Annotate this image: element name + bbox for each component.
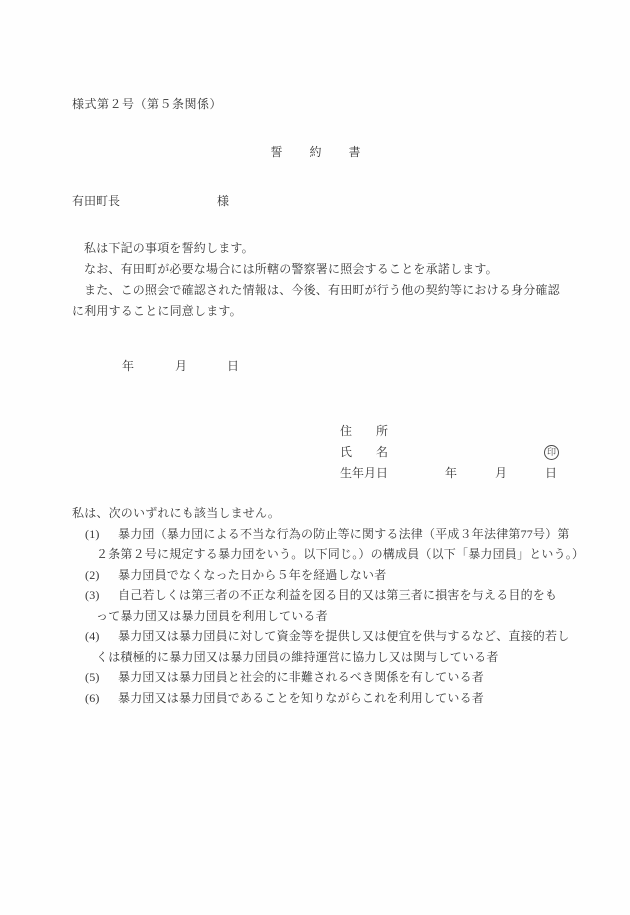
address-label: 住 所 — [340, 424, 388, 438]
form-number-label: 様式第２号（第５条関係） — [72, 94, 222, 114]
item-text: 自己若しくは第三者の不正な利益を図る目的又は第三者に損害を与える目的をも — [118, 588, 557, 602]
declaration-lead: 私は、次のいずれにも該当しません。 — [72, 503, 577, 524]
day-label: 日 — [227, 356, 239, 376]
pledge-paragraph: 私は下記の事項を誓約します。 なお、有田町が必要な場合には所轄の警察署に照会する… — [72, 238, 572, 322]
item-text: くは積極的に暴力団又は暴力団員の維持運営に協力し又は関与している者 — [96, 650, 499, 664]
birthdate-row: 生年月日 年 月 日 — [340, 463, 580, 484]
name-label: 氏 名 — [340, 445, 388, 459]
year-label: 年 — [122, 356, 134, 376]
list-item-6: (6)暴力団又は暴力団員であることを知りながらこれを利用している者 — [72, 688, 577, 709]
item-text: ２条第２号に規定する暴力団をいう。以下同じ。）の構成員（以下「暴力団員」という。… — [96, 547, 584, 561]
honorific-label: 様 — [217, 191, 229, 211]
list-item-3: (3)自己若しくは第三者の不正な利益を図る目的又は第三者に損害を与える目的をも — [72, 585, 577, 606]
recipient-name: 有田町長 — [72, 194, 120, 208]
month-label: 月 — [175, 356, 187, 376]
paragraph-line: 私は下記の事項を誓約します。 — [72, 238, 572, 259]
birth-month-label: 月 — [495, 463, 507, 484]
paragraph-line: なお、有田町が必要な場合には所轄の警察署に照会することを承諾します。 — [72, 259, 572, 280]
list-item-4-cont: くは積極的に暴力団又は暴力団員の維持運営に協力し又は関与している者 — [72, 647, 577, 668]
list-item-3-cont: って暴力団又は暴力団員を利用している者 — [72, 606, 577, 627]
item-number: (5) — [85, 667, 118, 688]
item-number: (6) — [85, 688, 118, 709]
pledge-document-page: 様式第２号（第５条関係） 誓 約 書 有田町長 様 私は下記の事項を誓約します。… — [0, 0, 630, 915]
item-number: (4) — [85, 626, 118, 647]
list-item-2: (2)暴力団員でなくなった日から５年を経過しない者 — [72, 565, 577, 586]
item-text: 暴力団又は暴力団員に対して資金等を提供し又は便宜を供与するなど、直接的若し — [118, 629, 569, 643]
item-number: (1) — [85, 524, 118, 545]
list-item-5: (5)暴力団又は暴力団員と社会的に非難されるべき関係を有している者 — [72, 667, 577, 688]
item-text: 暴力団（暴力団による不当な行為の防止等に関する法律（平成３年法律第77号）第 — [118, 527, 570, 541]
list-item-1-cont: ２条第２号に規定する暴力団をいう。以下同じ。）の構成員（以下「暴力団員」という。… — [72, 544, 577, 565]
birthdate-label: 生年月日 — [340, 466, 388, 480]
paragraph-line: また、この照会で確認された情報は、今後、有田町が行う他の契約等における身分確認 — [72, 280, 572, 301]
birth-year-label: 年 — [445, 463, 457, 484]
item-number: (3) — [85, 585, 118, 606]
item-number: (2) — [85, 565, 118, 586]
document-title: 誓 約 書 — [72, 142, 560, 162]
signer-block: 住 所 氏 名 印 生年月日 年 月 日 — [340, 421, 580, 484]
recipient-line: 有田町長 様 — [72, 191, 372, 211]
address-row: 住 所 — [340, 421, 580, 442]
paragraph-line: に利用することに同意します。 — [72, 301, 572, 322]
item-text: 暴力団員でなくなった日から５年を経過しない者 — [118, 568, 386, 582]
item-text: 暴力団又は暴力団員と社会的に非難されるべき関係を有している者 — [118, 670, 484, 684]
seal-icon: 印 — [544, 445, 559, 460]
eligibility-section: 私は、次のいずれにも該当しません。 (1)暴力団（暴力団による不当な行為の防止等… — [72, 503, 577, 708]
list-item-1: (1)暴力団（暴力団による不当な行為の防止等に関する法律（平成３年法律第77号）… — [72, 524, 577, 545]
name-row: 氏 名 印 — [340, 442, 580, 463]
item-text: って暴力団又は暴力団員を利用している者 — [96, 609, 328, 623]
item-text: 暴力団又は暴力団員であることを知りながらこれを利用している者 — [118, 691, 484, 705]
birth-day-label: 日 — [545, 463, 557, 484]
list-item-4: (4)暴力団又は暴力団員に対して資金等を提供し又は便宜を供与するなど、直接的若し — [72, 626, 577, 647]
date-line: 年 月 日 — [122, 356, 282, 376]
